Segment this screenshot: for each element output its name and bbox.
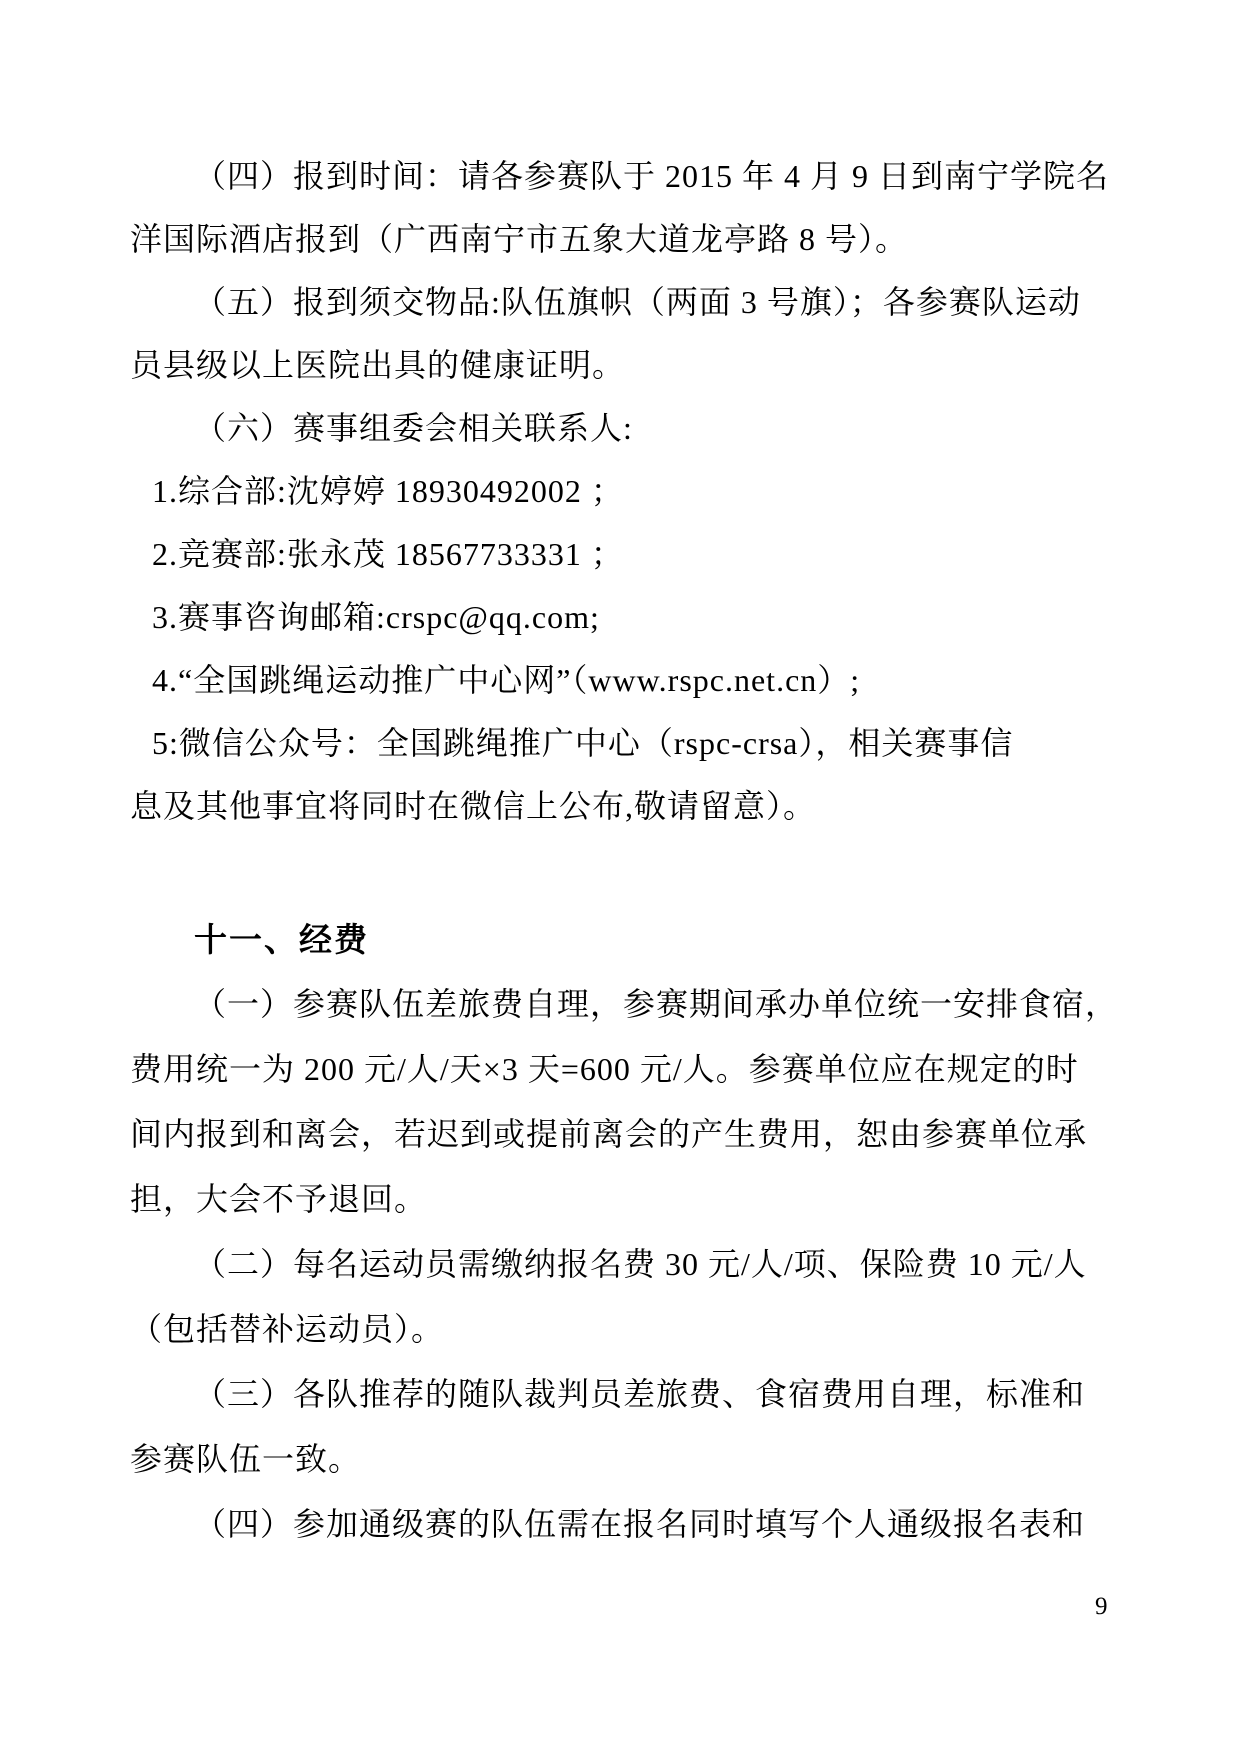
section-funding: 十一、经费 （一）参赛队伍差旅费自理，参赛期间承办单位统一安排食宿， 费用统一为… [130, 907, 1122, 1557]
document-line: （一）参赛队伍差旅费自理，参赛期间承办单位统一安排食宿， [130, 972, 1122, 1037]
document-line: 担，大会不予退回。 [130, 1167, 1122, 1232]
document-line: （四）报到时间：请各参赛队于 2015 年 4 月 9 日到南宁学院名 [130, 145, 1122, 208]
document-line-contact-1: 1.综合部:沈婷婷 18930492002 ； [130, 460, 1122, 523]
document-line: 间内报到和离会，若迟到或提前离会的产生费用，恕由参赛单位承 [130, 1102, 1122, 1167]
document-line: （二）每名运动员需缴纳报名费 30 元/人/项、保险费 10 元/人 [130, 1232, 1122, 1297]
document-line-contact-2: 2.竞赛部:张永茂 18567733331 ； [130, 523, 1122, 586]
document-line: （四）参加通级赛的队伍需在报名同时填写个人通级报名表和 [130, 1492, 1122, 1557]
document-line: 息及其他事宜将同时在微信上公布,敬请留意）。 [130, 775, 1122, 838]
document-line: 洋国际酒店报到（广西南宁市五象大道龙亭路 8 号）。 [130, 208, 1122, 271]
document-line: 参赛队伍一致。 [130, 1427, 1122, 1492]
page-number: 9 [1095, 1592, 1108, 1622]
section-heading: 十一、经费 [130, 907, 1122, 972]
document-line: （六）赛事组委会相关联系人: [130, 397, 1122, 460]
document-line-contact-email: 3.赛事咨询邮箱:crspc@qq.com; [130, 586, 1122, 649]
document-page: （四）报到时间：请各参赛队于 2015 年 4 月 9 日到南宁学院名 洋国际酒… [0, 0, 1240, 1753]
document-line-wechat: 5:微信公众号：全国跳绳推广中心（rspc-crsa），相关赛事信 [130, 712, 1122, 775]
section-registration: （四）报到时间：请各参赛队于 2015 年 4 月 9 日到南宁学院名 洋国际酒… [130, 145, 1122, 838]
document-line-website: 4.“全国跳绳运动推广中心网”（www.rspc.net.cn）; [130, 649, 1122, 712]
document-line: （三）各队推荐的随队裁判员差旅费、食宿费用自理，标准和 [130, 1362, 1122, 1427]
document-line: 费用统一为 200 元/人/天×3 天=600 元/人。参赛单位应在规定的时 [130, 1037, 1122, 1102]
document-line: （五）报到须交物品:队伍旗帜（两面 3 号旗）；各参赛队运动 [130, 271, 1122, 334]
document-line: （包括替补运动员）。 [130, 1297, 1122, 1362]
document-content: （四）报到时间：请各参赛队于 2015 年 4 月 9 日到南宁学院名 洋国际酒… [130, 145, 1122, 1557]
document-line: 员县级以上医院出具的健康证明。 [130, 334, 1122, 397]
